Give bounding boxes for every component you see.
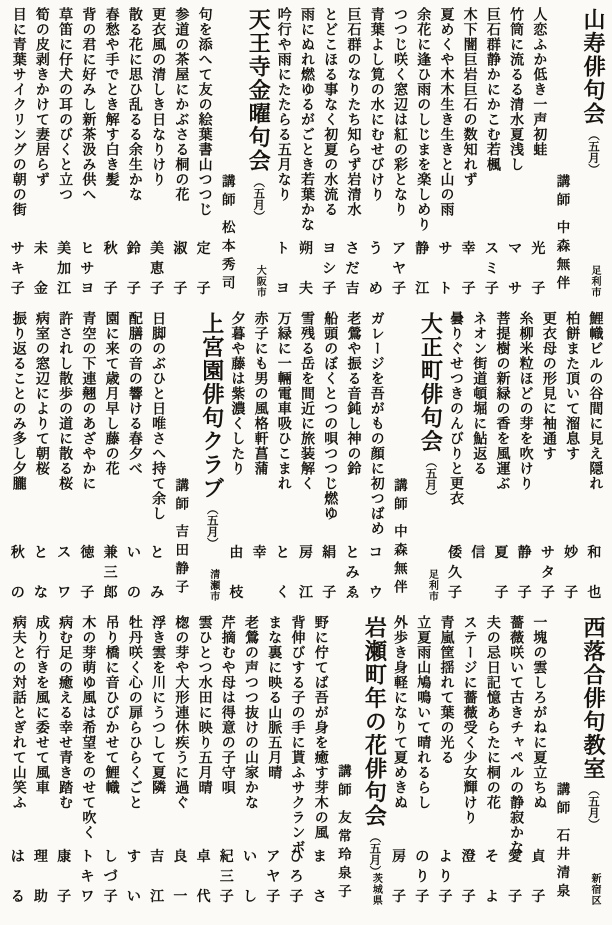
author-char: 久	[448, 567, 462, 581]
author-name: 朔夫	[299, 243, 313, 297]
author-name: 房子	[392, 851, 406, 905]
haiku-column: 目に青葉サイクリングの朝の街 サキ子	[6, 7, 29, 302]
haiku-text: 成り行きを風に委せて風車	[34, 615, 48, 795]
newsletter-page: 山寿俳句会（五月） 講師中森無伴 足利市 人恋ふか低き一声初蛙 光子 竹筒に流る…	[0, 0, 612, 925]
author-name: とみゑ	[346, 547, 360, 601]
haiku-column: 野に佇てば吾が身を癒す芽木の風 まさ	[308, 615, 331, 910]
author-char: 信	[471, 547, 485, 561]
haiku-column: 園に来て歳月早し藤の花 兼三郎	[99, 311, 122, 606]
month-label: （五月）	[206, 503, 218, 549]
haiku-text: 病室の窓辺によりて朝桜	[34, 311, 48, 476]
lecturer-line: 講師吉田静子	[174, 478, 188, 598]
author-char: キ	[80, 871, 94, 885]
author-name: 康子	[57, 851, 71, 905]
author-char: 子	[438, 891, 452, 905]
haiku-text: 浮き雲を川にうつして夏隣	[150, 615, 164, 795]
haiku-column: 人恋ふか低き一声初蛙 光子	[527, 7, 550, 302]
author-char: は	[11, 851, 25, 865]
haiku-column: 病室の窓辺によりて朝桜 とな	[29, 311, 52, 606]
author-char: 江	[415, 283, 429, 297]
author-name: 貞子	[531, 851, 545, 905]
haiku-column: 更衣風の清しき日なりけり 美恵子	[145, 7, 168, 302]
author-name: 倭久子	[448, 547, 462, 601]
haiku-column: 木の芽萌ゆ風は希望をのせて吹く トキワ	[76, 615, 99, 910]
haiku-text: 牡丹咲く心の扉らひらくごと	[127, 615, 141, 810]
author-char: の	[415, 851, 429, 865]
author-char: 子	[518, 587, 532, 601]
haiku-text: 雲ひとつ水田に映り五月晴	[197, 615, 211, 795]
haiku-column: 散る花に思ひ乱るる余生かな 鈴子	[122, 7, 145, 302]
author-name: 房江	[299, 547, 313, 601]
author-name: 信	[471, 547, 485, 601]
author-char: 兼	[104, 547, 118, 561]
haiku-text: 背伸びする子の手に貰ふサクランボ	[290, 615, 304, 855]
author-char: 卓	[197, 851, 211, 865]
author-name: のり子	[415, 851, 429, 905]
author-char: 金	[34, 283, 48, 297]
haiku-column: ガレージを吾がもの顔に初つばめ コウ	[364, 311, 387, 606]
author-char: 子	[322, 283, 336, 297]
author-char: 子	[290, 891, 304, 905]
author-name: 絹子	[322, 547, 336, 601]
haiku-text: 外歩き身軽になりて夏めきぬ	[392, 615, 406, 810]
haiku-column: 吊り橋に音ひびかせて鯉幟 しづ子	[99, 615, 122, 910]
haiku-column: 老鶯や振る音鈍し神の鈴 とみゑ	[341, 311, 364, 606]
haiku-text: 薔薇咲いて古きチャペルの静寂かな	[508, 615, 522, 855]
author-name: まさ	[313, 851, 327, 905]
haiku-column: 柏餅また頂いて溜息す 妙子	[560, 311, 583, 606]
lecturer-line: 講師中森無伴	[392, 478, 406, 598]
author-char: 康	[57, 851, 71, 865]
author-char: 妙	[564, 547, 578, 561]
author-char: ス	[485, 243, 499, 257]
haiku-text: 船頭のぼくとつの唄つつじ燃ゆ	[322, 311, 336, 521]
author-name: 兼三郎	[104, 547, 118, 601]
author-char: さ	[313, 891, 327, 905]
haiku-column: 春愁や手でとき解す白き髪 秋子	[99, 7, 122, 302]
author-name: 澄子	[462, 851, 476, 905]
lecturer-label: 講師	[392, 478, 407, 515]
author-char: 理	[34, 851, 48, 865]
author-name: 夏子	[494, 547, 508, 601]
author-char: う	[369, 243, 383, 257]
haiku-column: とどこほる事なく初夏の水流る ヨシ子	[318, 7, 341, 302]
lecturer-name: 中森無伴	[555, 220, 570, 294]
haiku-text: 立夏雨山鳩鳴いて晴れるらし	[415, 615, 429, 810]
haiku-column: 振り返ることのみ多し夕朧 秋の	[6, 311, 29, 606]
haiku-column: 赤子にも男の風格軒菖蒲 幸	[248, 311, 271, 606]
author-char: ウ	[369, 587, 383, 601]
haiku-text: 筍の皮剥きかけて妻居らず	[34, 7, 48, 187]
author-char: 光	[531, 243, 545, 257]
haiku-column: 巨石群静かにかこむ若楓 スミ子	[480, 7, 503, 302]
author-char: 代	[197, 891, 211, 905]
section-header: 上宮園俳句クラブ（五月） 講師吉田静子 清瀬市	[169, 311, 225, 606]
author-char: 也	[587, 587, 601, 601]
section-title-text: 山寿俳句会	[581, 8, 606, 126]
haiku-text: ネオン街道頓堀に鮎返る	[471, 311, 485, 476]
author-char: 由	[229, 547, 243, 561]
author-name: 淑子	[173, 243, 187, 297]
author-char: ま	[313, 851, 327, 865]
author-name: サタ子	[541, 547, 555, 601]
haiku-column: 雲ひとつ水田に映り五月晴 卓代	[192, 615, 215, 910]
author-char: ワ	[57, 587, 71, 601]
author-char: 子	[531, 283, 545, 297]
haiku-text: 園に来て歳月早し藤の花	[104, 311, 118, 476]
author-char: 子	[508, 891, 522, 905]
author-name: そよ	[485, 851, 499, 905]
haiku-text: 人恋ふか低き一声初蛙	[531, 7, 545, 157]
haiku-text: 夕暮や藤は紫濃くしたり	[229, 311, 243, 476]
haiku-text: ガレージを吾がもの顔に初つばめ	[369, 311, 383, 536]
section-title: 天王寺金曜句会（五月）	[247, 8, 269, 222]
section-title-text: 上宮園俳句クラブ	[200, 312, 225, 500]
author-char: と	[276, 547, 290, 561]
author-char: 徳	[80, 547, 94, 561]
haiku-column: 背の君に好みし新茶汲み供へ ヒサヨ	[76, 7, 99, 302]
lecturer-line: 講師友常玲泉子	[336, 764, 350, 903]
author-char: 郎	[104, 587, 118, 601]
haiku-text: 夫の忌日記憶あらたに桐の花	[485, 615, 499, 810]
author-char: る	[11, 891, 25, 905]
author-name: 光子	[531, 243, 545, 297]
author-char: り	[438, 871, 452, 885]
section-title-text: 天王寺金曜句会	[246, 8, 271, 173]
haiku-text: 背の君に好みし新茶汲み供へ	[80, 7, 94, 202]
haiku-column: 筍の皮剥きかけて妻居らず 未金	[29, 7, 52, 302]
author-char: 幸	[253, 547, 267, 561]
haiku-text: 雪残る岳を間近に旅装解く	[299, 311, 313, 491]
author-char: り	[415, 871, 429, 885]
author-char: キ	[11, 263, 25, 277]
author-name: 卓代	[197, 851, 211, 905]
author-name: うめ	[369, 243, 383, 297]
author-name: サト	[438, 243, 452, 297]
author-char: 三	[104, 567, 118, 581]
month-label: （五月）	[587, 784, 599, 830]
author-char: 子	[415, 891, 429, 905]
haiku-text: 吟行や雨にたたらる五月なり	[276, 7, 290, 202]
author-char: 吉	[150, 851, 164, 865]
haiku-text: 振り返ることのみ多し夕朧	[11, 311, 25, 491]
author-name: 理助	[34, 851, 48, 905]
month-label: （五月）	[424, 456, 436, 502]
author-name: 由枝	[229, 547, 243, 601]
haiku-column: 船頭のぼくとつの唄つつじ燃ゆ 絹子	[318, 311, 341, 606]
author-char: い	[243, 851, 257, 865]
author-name: 紀三子	[220, 851, 234, 905]
author-char: 子	[266, 891, 280, 905]
author-name: 静子	[518, 547, 532, 601]
author-name: とみ	[150, 547, 164, 601]
author-name: 静江	[415, 243, 429, 297]
author-name: ヨシ子	[322, 243, 336, 297]
haiku-text: 一塊の雲しろがねに夏立ちぬ	[531, 615, 545, 810]
section-header: 西落合俳句教室（五月） 講師石井清泉 新宿区	[550, 615, 606, 910]
lecturer-name: 石井清泉	[555, 828, 570, 902]
haiku-text: 吊り橋に音ひびかせて鯉幟	[104, 615, 118, 795]
author-char: 子	[104, 891, 118, 905]
haiku-text: 菩提樹の新緑の香を風運ぶ	[494, 311, 508, 491]
author-char: い	[127, 891, 141, 905]
author-char: 子	[448, 587, 462, 601]
author-name: コウ	[369, 547, 383, 601]
haiku-text: 病夫との対話とぎれて山笑ふ	[11, 615, 25, 810]
author-char: し	[243, 891, 257, 905]
haiku-text: 老鶯や振る音鈍し神の鈴	[346, 311, 360, 476]
author-char: マ	[508, 243, 522, 257]
band: 鯉幟ビルの谷間に見え隠れ 和也 柏餅また頂いて溜息す 妙子 更衣母の形見に袖通す…	[6, 311, 606, 606]
haiku-text: 木の芽萌ゆ風は希望をのせて吹く	[80, 615, 94, 840]
haiku-column: 楤の芽や大形連休疾うに過ぐ 良一	[169, 615, 192, 910]
author-name: いの	[127, 547, 141, 601]
author-name: 幸	[253, 547, 267, 601]
author-char: サ	[541, 547, 555, 561]
author-char: ア	[392, 243, 406, 257]
author-char: 子	[564, 587, 578, 601]
haiku-column: 青嵐筐揺れて葉の光る より子	[434, 615, 457, 910]
author-name: 美加江	[57, 243, 71, 297]
haiku-text: 更衣風の清しき日なりけり	[150, 7, 164, 187]
haiku-text: 草笛に仔犬の耳のびくと立つ	[57, 7, 71, 202]
place-label: 新宿区	[589, 873, 599, 906]
haiku-column: 芹摘むや母は得意の子守唄 紀三子	[215, 615, 238, 910]
section-title-text: 岩瀬町年の花俳句会	[362, 616, 387, 828]
author-char: 子	[150, 283, 164, 297]
author-char: い	[127, 547, 141, 561]
author-char: 一	[173, 891, 187, 905]
haiku-text: 糸柳米粒ほどの芽を吹けり	[518, 311, 532, 491]
month-label: （五月）	[368, 831, 380, 877]
author-name: 妙子	[564, 547, 578, 601]
author-char: ゑ	[346, 587, 360, 601]
haiku-column: 鯉幟ビルの谷間に見え隠れ 和也	[583, 311, 606, 606]
haiku-column: 外歩き身軽になりて夏めきぬ 房子	[387, 615, 410, 910]
haiku-column: 吟行や雨にたたらる五月なり トヨ	[271, 7, 294, 302]
author-char: ワ	[80, 891, 94, 905]
haiku-column: 老鶯の声つつ抜けの山家かな いし	[238, 615, 261, 910]
author-char: 子	[11, 283, 25, 297]
author-char: 助	[34, 891, 48, 905]
haiku-text: 老鶯の声つつ抜けの山家かな	[243, 615, 257, 810]
haiku-text: 許されし散歩の道に散る桜	[57, 311, 71, 491]
place-label: 茨城県	[370, 873, 380, 906]
section-title-text: 西落合俳句教室	[581, 616, 606, 781]
section-title: 大正町俳句会（五月）	[419, 312, 441, 502]
section-title-text: 大正町俳句会	[418, 312, 443, 453]
place-label: 足利市	[589, 265, 599, 298]
author-name: スミ子	[485, 243, 499, 297]
author-name: トヨ	[276, 243, 290, 297]
author-char: 子	[494, 587, 508, 601]
author-name: 愛子	[508, 851, 522, 905]
author-name: はる	[11, 851, 25, 905]
author-char: 子	[322, 587, 336, 601]
author-char: シ	[322, 263, 336, 277]
author-char: 秋	[104, 243, 118, 257]
month-label: （五月）	[587, 129, 599, 175]
author-char: 静	[415, 243, 429, 257]
haiku-text: 句を添へて友の絵葉書山つつじ	[197, 7, 211, 217]
author-char: 倭	[448, 547, 462, 561]
author-char: そ	[485, 851, 499, 865]
haiku-column: 万緑に一輛電車吸ひこまれ とく	[271, 311, 294, 606]
author-char: 子	[485, 283, 499, 297]
author-name: 徳子	[80, 547, 94, 601]
author-char: の	[11, 587, 25, 601]
author-char: 良	[173, 851, 187, 865]
author-char: 加	[57, 263, 71, 277]
haiku-text: 夏めくや木木生き生きと山の雨	[438, 7, 452, 217]
author-char: コ	[369, 547, 383, 561]
haiku-text: 雨にぬれ燃ゆるがごとき若葉かな	[299, 7, 313, 232]
author-char: な	[34, 587, 48, 601]
author-char: す	[127, 851, 141, 865]
author-char: く	[276, 587, 290, 601]
author-char: ヨ	[276, 283, 290, 297]
author-char: 貞	[531, 851, 545, 865]
author-char: ヒ	[80, 243, 94, 257]
haiku-text: ステージに薔薇受く少女輝けり	[462, 615, 476, 825]
section-title: 岩瀬町年の花俳句会（五月）	[363, 616, 385, 877]
haiku-column: 薔薇咲いて古きチャペルの静寂かな 愛子	[504, 615, 527, 910]
haiku-column: 成り行きを風に委せて風車 理助	[29, 615, 52, 910]
author-name: ヒサヨ	[80, 243, 94, 297]
haiku-column: ネオン街道頓堀に鮎返る 信	[467, 311, 490, 606]
haiku-column: 病む足の癒える幸せ青き踏む 康子	[53, 615, 76, 910]
lecturer-label: 講師	[173, 478, 188, 515]
author-char: 淑	[173, 243, 187, 257]
author-char: 枝	[229, 587, 243, 601]
author-char: 子	[541, 587, 555, 601]
author-name: 良一	[173, 851, 187, 905]
haiku-column: 糸柳米粒ほどの芽を吹けり 静子	[513, 311, 536, 606]
author-char: 夫	[299, 283, 313, 297]
lecturer-label: 講師	[555, 782, 570, 819]
author-char: 江	[57, 283, 71, 297]
author-char: ア	[266, 851, 280, 865]
author-char: よ	[438, 851, 452, 865]
author-name: しづ子	[104, 851, 118, 905]
author-char: づ	[104, 871, 118, 885]
author-char: 房	[299, 547, 313, 561]
author-name: サキ子	[11, 243, 25, 297]
haiku-text: 鯉幟ビルの谷間に見え隠れ	[587, 311, 601, 491]
author-char: サ	[80, 263, 94, 277]
author-char: み	[150, 587, 164, 601]
author-name: すい	[127, 851, 141, 905]
haiku-column: 句を添へて友の絵葉書山つつじ 定子	[192, 7, 215, 302]
haiku-text: 更衣母の形見に袖通す	[541, 311, 555, 461]
author-char: と	[150, 547, 164, 561]
author-char: ヤ	[266, 871, 280, 885]
author-char: 子	[392, 891, 406, 905]
author-name: 和也	[587, 547, 601, 601]
haiku-text: 巨石群静かにかこむ若楓	[485, 7, 499, 172]
lecturer-label: 講師	[336, 764, 351, 801]
author-char: 子	[57, 891, 71, 905]
author-name: 鈴子	[127, 243, 141, 297]
haiku-column: 青葉よし筧の水にむせびけり うめ	[364, 7, 387, 302]
author-char: ト	[80, 851, 94, 865]
author-char: 江	[150, 891, 164, 905]
section-title: 上宮園俳句クラブ（五月）	[201, 312, 223, 549]
haiku-text: 配膳の音の響ける春夕べ	[127, 311, 141, 476]
author-char: 紀	[220, 851, 234, 865]
haiku-column: 雪残る岳を間近に旅装解く 房江	[294, 311, 317, 606]
haiku-column: 更衣母の形見に袖通す サタ子	[536, 311, 559, 606]
author-name: いし	[243, 851, 257, 905]
author-char: 秋	[11, 547, 25, 561]
haiku-text: 巨石群のなりたち知らず岩清水	[346, 7, 360, 217]
author-char: 吉	[346, 283, 360, 297]
author-char: ミ	[485, 263, 499, 277]
author-char: み	[346, 567, 360, 581]
section-header: 大正町俳句会（五月） 講師中森無伴 足利市	[387, 311, 443, 606]
author-char: 定	[197, 243, 211, 257]
haiku-column: 巨石群のなりたち知らず岩清水 さだ吉	[341, 7, 364, 302]
section-header: 山寿俳句会（五月） 講師中森無伴 足利市	[550, 7, 606, 302]
author-char: 夏	[494, 547, 508, 561]
author-char: 恵	[150, 263, 164, 277]
haiku-column: 参道の茶屋にかぶさる桐の花 淑子	[169, 7, 192, 302]
author-name: 美恵子	[150, 243, 164, 297]
author-char: ト	[438, 283, 452, 297]
haiku-text: 赤子にも男の風格軒菖蒲	[253, 311, 267, 476]
author-char: 子	[104, 283, 118, 297]
author-char: 未	[34, 243, 48, 257]
section-title: 西落合俳句教室（五月）	[582, 616, 604, 830]
haiku-column: 立夏雨山鳩鳴いて晴れるらし のり子	[411, 615, 434, 910]
lecturer-name: 中森無伴	[392, 524, 407, 598]
section-title: 山寿俳句会（五月）	[582, 8, 604, 175]
haiku-text: 野に佇てば吾が身を癒す芽木の風	[313, 615, 327, 840]
author-char: と	[34, 547, 48, 561]
band: 山寿俳句会（五月） 講師中森無伴 足利市 人恋ふか低き一声初蛙 光子 竹筒に流る…	[6, 7, 606, 302]
author-name: アヤ子	[392, 243, 406, 297]
haiku-column: 配膳の音の響ける春夕べ いの	[122, 311, 145, 606]
band: 西落合俳句教室（五月） 講師石井清泉 新宿区 一塊の雲しろがねに夏立ちぬ 貞子 …	[6, 615, 606, 910]
haiku-column: 許されし散歩の道に散る桜 スワ	[53, 311, 76, 606]
haiku-column: 余花に逢ひ雨のしじまを楽しめり 静江	[411, 7, 434, 302]
author-char: 美	[150, 243, 164, 257]
author-char: 絹	[322, 547, 336, 561]
author-char: と	[346, 547, 360, 561]
haiku-column: 竹筒に流るる清水夏浅し マサ	[504, 7, 527, 302]
author-char: め	[369, 283, 383, 297]
author-char: 愛	[508, 851, 522, 865]
author-char: 子	[220, 891, 234, 905]
author-char: 子	[127, 283, 141, 297]
author-char: サ	[11, 243, 25, 257]
lecturer-name: 松本秀司	[220, 220, 235, 294]
author-char: ヨ	[80, 283, 94, 297]
author-char: 美	[57, 243, 71, 257]
author-name: とく	[276, 547, 290, 601]
author-char: ろ	[290, 871, 304, 885]
author-char: 朔	[299, 243, 313, 257]
author-char: サ	[438, 243, 452, 257]
lecturer-line: 講師松本秀司	[220, 174, 234, 294]
haiku-text: 芹摘むや母は得意の子守唄	[220, 615, 234, 795]
author-char: 江	[299, 587, 313, 601]
haiku-text: まな裏に映る山脈五月晴	[266, 615, 280, 780]
author-char: ト	[276, 243, 290, 257]
haiku-text: 余花に逢ひ雨のしじまを楽しめり	[415, 7, 429, 232]
haiku-column: まな裏に映る山脈五月晴 アヤ子	[262, 615, 285, 910]
haiku-text: とどこほる事なく初夏の水流る	[322, 7, 336, 217]
